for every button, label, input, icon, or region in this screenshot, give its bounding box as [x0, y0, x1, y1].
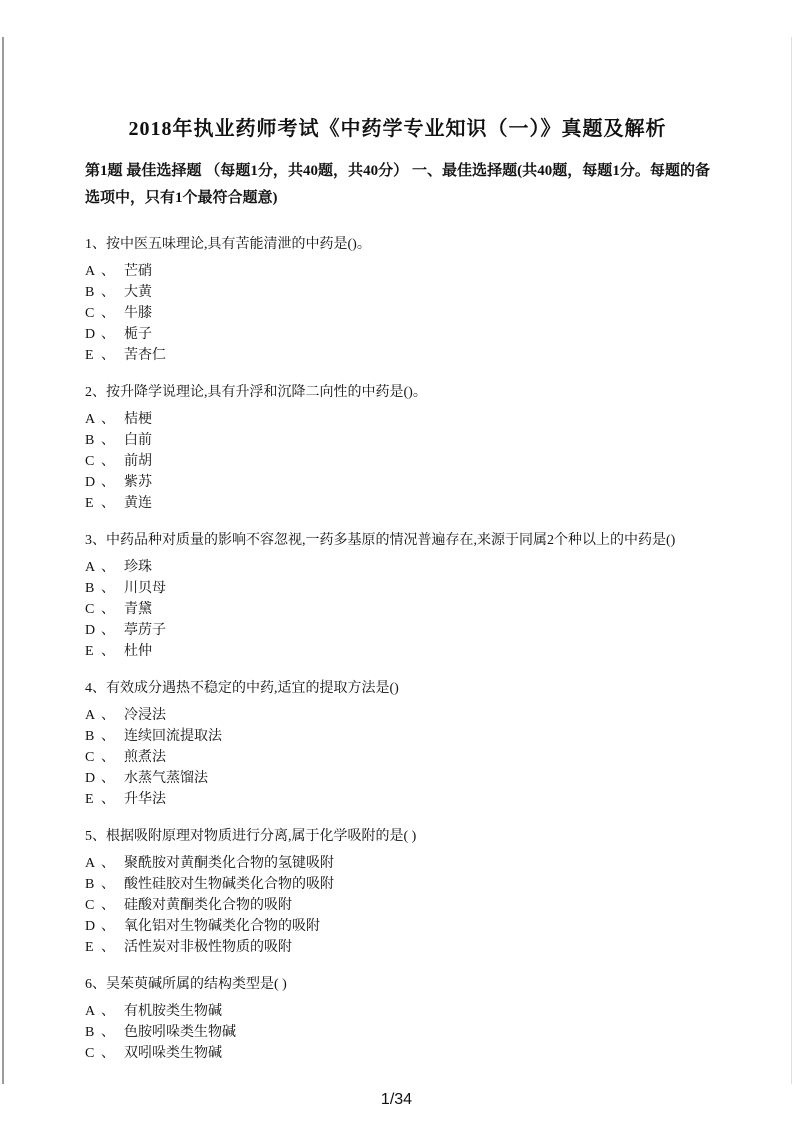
- option-row: A、芒硝: [85, 261, 710, 282]
- option-row: E、活性炭对非极性物质的吸附: [85, 937, 710, 958]
- option-text: 有机胺类生物碱: [124, 1004, 222, 1019]
- option-row: C、硅酸对黄酮类化合物的吸附: [85, 895, 710, 916]
- option-letter: B: [85, 430, 98, 451]
- option-letter: B: [85, 726, 98, 747]
- option-row: B、川贝母: [85, 578, 710, 599]
- option-text: 硅酸对黄酮类化合物的吸附: [124, 898, 292, 913]
- option-text: 酸性硅胶对生物碱类化合物的吸附: [124, 877, 334, 892]
- option-row: A、有机胺类生物碱: [85, 1001, 710, 1022]
- option-row: A、聚酰胺对黄酮类化合物的氢键吸附: [85, 853, 710, 874]
- option-row: D、水蒸气蒸馏法: [85, 768, 710, 789]
- option-letter: E: [85, 789, 98, 810]
- option-row: B、白前: [85, 430, 710, 451]
- question-text: 2、按升降学说理论,具有升浮和沉降二向性的中药是()。: [85, 382, 710, 403]
- question-block-1: 1、按中医五味理论,具有苦能清泄的中药是()。 A、芒硝 B、大黄 C、牛膝 D…: [85, 234, 710, 366]
- option-row: D、栀子: [85, 324, 710, 345]
- option-row: B、连续回流提取法: [85, 726, 710, 747]
- option-separator: 、: [101, 1022, 115, 1043]
- question-block-6: 6、吴茱萸碱所属的结构类型是( ) A、有机胺类生物碱 B、色胺吲哚类生物碱 C…: [85, 974, 710, 1064]
- question-block-4: 4、有效成分遇热不稳定的中药,适宜的提取方法是() A、冷浸法 B、连续回流提取…: [85, 678, 710, 810]
- option-separator: 、: [101, 1043, 115, 1064]
- question-list: 1、按中医五味理论,具有苦能清泄的中药是()。 A、芒硝 B、大黄 C、牛膝 D…: [85, 234, 710, 1064]
- option-letter: B: [85, 578, 98, 599]
- option-letter: C: [85, 747, 98, 768]
- option-row: B、大黄: [85, 282, 710, 303]
- page-right-border: [791, 37, 792, 1084]
- option-row: C、牛膝: [85, 303, 710, 324]
- option-letter: B: [85, 874, 98, 895]
- option-text: 连续回流提取法: [124, 729, 222, 744]
- option-letter: D: [85, 916, 98, 937]
- option-separator: 、: [101, 324, 115, 345]
- option-row: C、煎煮法: [85, 747, 710, 768]
- option-letter: A: [85, 557, 98, 578]
- option-row: B、酸性硅胶对生物碱类化合物的吸附: [85, 874, 710, 895]
- option-letter: E: [85, 345, 98, 366]
- option-text: 葶苈子: [124, 623, 166, 638]
- option-separator: 、: [101, 641, 115, 662]
- option-row: B、色胺吲哚类生物碱: [85, 1022, 710, 1043]
- option-separator: 、: [101, 916, 115, 937]
- option-letter: A: [85, 1001, 98, 1022]
- option-text: 水蒸气蒸馏法: [124, 771, 208, 786]
- option-separator: 、: [101, 261, 115, 282]
- option-text: 双吲哚类生物碱: [124, 1046, 222, 1061]
- option-letter: C: [85, 895, 98, 916]
- option-text: 白前: [124, 433, 152, 448]
- option-separator: 、: [101, 768, 115, 789]
- option-letter: C: [85, 303, 98, 324]
- option-separator: 、: [101, 937, 115, 958]
- page-number: 1/34: [0, 1091, 793, 1109]
- option-separator: 、: [101, 303, 115, 324]
- question-text: 1、按中医五味理论,具有苦能清泄的中药是()。: [85, 234, 710, 255]
- question-text: 4、有效成分遇热不稳定的中药,适宜的提取方法是(): [85, 678, 710, 699]
- section-header: 第1题 最佳选择题 （每题1分，共40题，共40分） 一、最佳选择题(共40题，…: [85, 158, 710, 212]
- option-letter: B: [85, 1022, 98, 1043]
- option-separator: 、: [101, 1001, 115, 1022]
- option-letter: E: [85, 937, 98, 958]
- option-letter: D: [85, 472, 98, 493]
- option-separator: 、: [101, 747, 115, 768]
- document-content: 2018年执业药师考试《中药学专业知识（一）》真题及解析 第1题 最佳选择题 （…: [85, 0, 710, 1064]
- option-letter: D: [85, 620, 98, 641]
- question-block-2: 2、按升降学说理论,具有升浮和沉降二向性的中药是()。 A、桔梗 B、白前 C、…: [85, 382, 710, 514]
- option-separator: 、: [101, 282, 115, 303]
- option-letter: D: [85, 768, 98, 789]
- option-text: 冷浸法: [124, 708, 166, 723]
- option-text: 紫苏: [124, 475, 152, 490]
- option-text: 桔梗: [124, 412, 152, 427]
- option-text: 升华法: [124, 792, 166, 807]
- option-letter: A: [85, 853, 98, 874]
- option-separator: 、: [101, 409, 115, 430]
- option-separator: 、: [101, 853, 115, 874]
- question-block-5: 5、根据吸附原理对物质进行分离,属于化学吸附的是( ) A、聚酰胺对黄酮类化合物…: [85, 826, 710, 958]
- option-row: C、双吲哚类生物碱: [85, 1043, 710, 1064]
- option-separator: 、: [101, 895, 115, 916]
- option-row: D、氧化铝对生物碱类化合物的吸附: [85, 916, 710, 937]
- option-letter: C: [85, 1043, 98, 1064]
- option-row: E、苦杏仁: [85, 345, 710, 366]
- option-letter: D: [85, 324, 98, 345]
- option-letter: C: [85, 599, 98, 620]
- question-text: 5、根据吸附原理对物质进行分离,属于化学吸附的是( ): [85, 826, 710, 847]
- option-separator: 、: [101, 557, 115, 578]
- option-row: A、冷浸法: [85, 705, 710, 726]
- option-letter: E: [85, 493, 98, 514]
- option-text: 芒硝: [124, 264, 152, 279]
- option-row: A、桔梗: [85, 409, 710, 430]
- option-separator: 、: [101, 472, 115, 493]
- option-text: 栀子: [124, 327, 152, 342]
- option-separator: 、: [101, 430, 115, 451]
- option-separator: 、: [101, 726, 115, 747]
- option-separator: 、: [101, 705, 115, 726]
- page-left-border: [2, 37, 4, 1084]
- option-text: 大黄: [124, 285, 152, 300]
- option-text: 色胺吲哚类生物碱: [124, 1025, 236, 1040]
- option-text: 活性炭对非极性物质的吸附: [124, 940, 292, 955]
- option-row: E、升华法: [85, 789, 710, 810]
- option-row: E、黄连: [85, 493, 710, 514]
- option-row: C、青黛: [85, 599, 710, 620]
- option-letter: A: [85, 409, 98, 430]
- option-row: C、前胡: [85, 451, 710, 472]
- option-separator: 、: [101, 874, 115, 895]
- option-separator: 、: [101, 493, 115, 514]
- option-text: 青黛: [124, 602, 152, 617]
- option-letter: A: [85, 261, 98, 282]
- option-separator: 、: [101, 345, 115, 366]
- question-block-3: 3、中药品种对质量的影响不容忽视,一药多基原的情况普遍存在,来源于同属2个种以上…: [85, 530, 710, 662]
- option-text: 珍珠: [124, 560, 152, 575]
- option-separator: 、: [101, 789, 115, 810]
- option-letter: B: [85, 282, 98, 303]
- question-text: 3、中药品种对质量的影响不容忽视,一药多基原的情况普遍存在,来源于同属2个种以上…: [85, 530, 710, 551]
- option-letter: E: [85, 641, 98, 662]
- option-text: 苦杏仁: [124, 348, 166, 363]
- option-separator: 、: [101, 620, 115, 641]
- option-text: 煎煮法: [124, 750, 166, 765]
- document-page: 2018年执业药师考试《中药学专业知识（一）》真题及解析 第1题 最佳选择题 （…: [0, 0, 793, 1122]
- option-separator: 、: [101, 599, 115, 620]
- option-text: 川贝母: [124, 581, 166, 596]
- option-text: 牛膝: [124, 306, 152, 321]
- option-row: D、葶苈子: [85, 620, 710, 641]
- option-letter: C: [85, 451, 98, 472]
- option-separator: 、: [101, 451, 115, 472]
- option-text: 聚酰胺对黄酮类化合物的氢键吸附: [124, 856, 334, 871]
- question-text: 6、吴茱萸碱所属的结构类型是( ): [85, 974, 710, 995]
- option-text: 氧化铝对生物碱类化合物的吸附: [124, 919, 320, 934]
- option-letter: A: [85, 705, 98, 726]
- option-text: 杜仲: [124, 644, 152, 659]
- option-row: D、紫苏: [85, 472, 710, 493]
- document-title: 2018年执业药师考试《中药学专业知识（一）》真题及解析: [85, 114, 710, 144]
- option-text: 黄连: [124, 496, 152, 511]
- option-row: E、杜仲: [85, 641, 710, 662]
- option-row: A、珍珠: [85, 557, 710, 578]
- option-separator: 、: [101, 578, 115, 599]
- option-text: 前胡: [124, 454, 152, 469]
